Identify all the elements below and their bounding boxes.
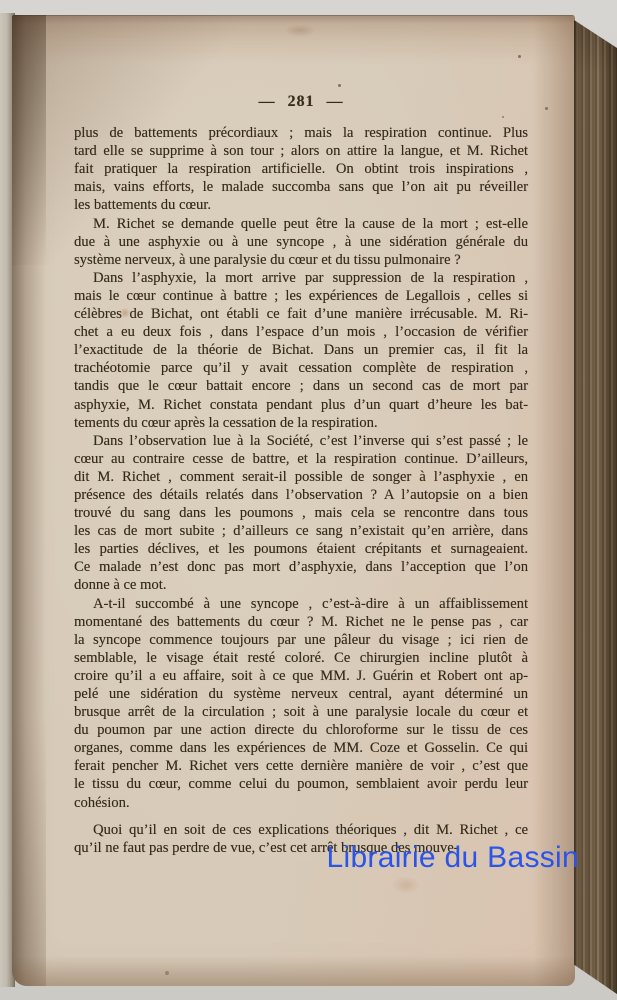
text-line: momentané des battements du cœur ? M. Ri… — [74, 613, 528, 631]
foxing-stain — [338, 84, 341, 87]
foxing-stain — [545, 107, 548, 110]
page-number: — 281 — — [74, 93, 528, 111]
text-block: — 281 — plus de battements précordiaux ;… — [74, 93, 528, 857]
text-line: A-t-il succombé à une syncope , c’est-à-… — [74, 595, 528, 613]
text-line: système nerveux, à une paralysie du cœur… — [74, 251, 528, 269]
paragraph: plus de battements précordiaux ; mais la… — [74, 124, 528, 214]
text-line: Ce malade n’est donc pas mort d’asphyxie… — [74, 558, 528, 576]
text-line: tements du cœur après la cessation de la… — [74, 414, 528, 432]
text-line: fait pratiquer la respiration artificiel… — [74, 160, 528, 178]
text-line: Dans l’observation lue à la Société, c’e… — [74, 432, 528, 450]
foxing-stain — [119, 308, 131, 318]
text-line: ferait pencher M. Richet vers cette dern… — [74, 757, 528, 775]
text-line: plus de battements précordiaux ; mais la… — [74, 124, 528, 142]
foxing-stain — [284, 24, 316, 37]
text-line: célèbres de Bichat, ont établi ce fait d… — [74, 305, 528, 323]
page-bottom-shade — [12, 956, 575, 986]
text-line: tard elle se supprime à son tour ; alors… — [74, 142, 528, 160]
text-line: présence des détails relatés dans l’obse… — [74, 486, 528, 504]
text-line: Dans l’asphyxie, la mort arrive par supp… — [74, 269, 528, 287]
text-line: l’exactitude de la théorie de Bichat. Da… — [74, 341, 528, 359]
photo-background: — 281 — plus de battements précordiaux ;… — [0, 0, 617, 1000]
text-line: semblable, le visage était resté coloré.… — [74, 649, 528, 667]
foxing-stain — [518, 55, 521, 58]
text-line: pelé une sidération du système nerveux c… — [74, 685, 528, 703]
text-line: cœur au contraire cesse de battre, et la… — [74, 450, 528, 468]
text-line: mais, vains efforts, le malade succomba … — [74, 178, 528, 196]
text-line: cohésion. — [74, 794, 528, 812]
text-line: dit M. Richet , comment serait-il possib… — [74, 468, 528, 486]
text-line: M. Richet se demande quelle peut être la… — [74, 215, 528, 233]
fore-edge — [574, 14, 617, 994]
text-line: Quoi qu’il en soit de ces explications t… — [74, 821, 528, 839]
text-line: le tissu du cœur, comme celui du poumon,… — [74, 775, 528, 793]
text-line: du poumon par une action directe du chlo… — [74, 721, 528, 739]
text-line: la syncope commence toujours par une pâl… — [74, 631, 528, 649]
foxing-stain — [392, 876, 420, 894]
text-line: due à une asphyxie ou à une syncope , à … — [74, 233, 528, 251]
text-line: tandis que le cœur battait encore ; dans… — [74, 377, 528, 395]
text-line: brusque arrêt de la circulation ; soit à… — [74, 703, 528, 721]
bookseller-watermark: Librairie du Bassin — [327, 841, 580, 875]
text-line: les battements du cœur. — [74, 196, 528, 214]
foxing-stain — [165, 971, 169, 975]
gutter-shadow — [12, 15, 46, 986]
text-line: les parties déclives, et les poumons éta… — [74, 540, 528, 558]
text-line: trachéotomie parce qu’il y avait cessati… — [74, 359, 528, 377]
text-line: donne à ce mot. — [74, 576, 528, 594]
text-line: organes, comme dans les expériences de M… — [74, 739, 528, 757]
paragraph: M. Richet se demande quelle peut être la… — [74, 215, 528, 269]
text-line: croire qu’il a eu affaire, soit à ce que… — [74, 667, 528, 685]
text-line: les cas de mort subite ; d’ailleurs ce s… — [74, 522, 528, 540]
text-line: mais le cœur continue à battre ; les exp… — [74, 287, 528, 305]
text-line: trouvé du sang dans les poumons , mais c… — [74, 504, 528, 522]
foxing-stain — [502, 116, 504, 118]
paragraph: A-t-il succombé à une syncope , c’est-à-… — [74, 595, 528, 812]
paragraph: Dans l’observation lue à la Société, c’e… — [74, 432, 528, 595]
paragraph: Dans l’asphyxie, la mort arrive par supp… — [74, 269, 528, 432]
text-line: asphyxie, M. Richet constata pendant plu… — [74, 396, 528, 414]
text-line: chet a eu deux fois , dans l’espace d’un… — [74, 323, 528, 341]
